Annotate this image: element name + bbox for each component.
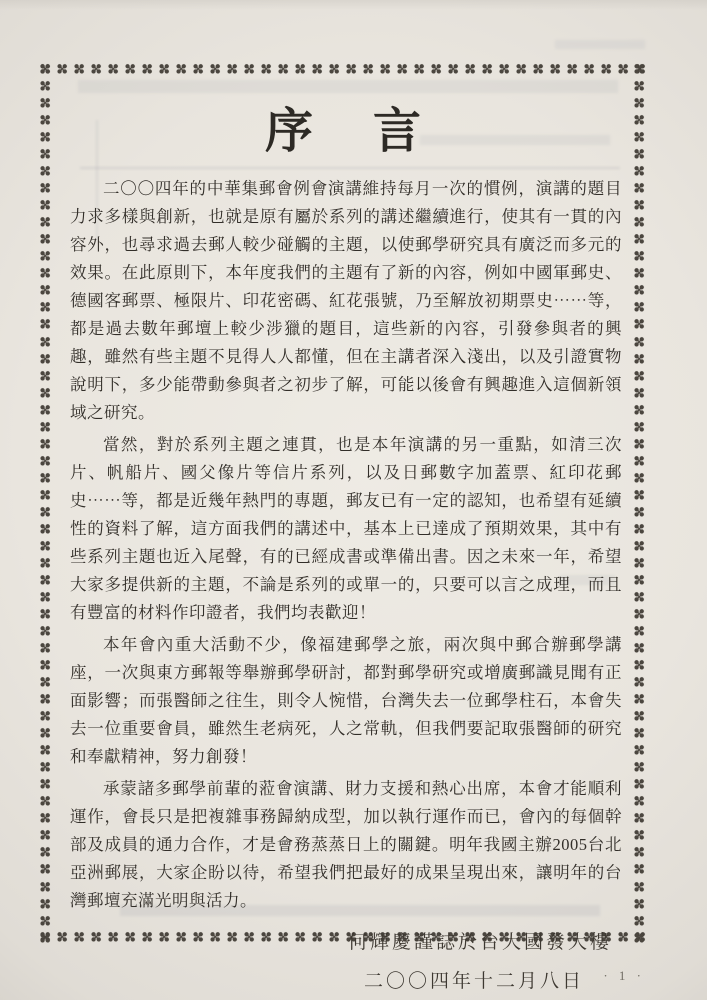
border-ornament-icon: ✤ (626, 398, 650, 422)
border-ornament-icon: ✤ (32, 568, 56, 592)
border-ornament-icon: ✤ (32, 75, 56, 99)
bleed-through-artifact (555, 40, 645, 49)
preface-body: 二〇〇四年的中華集郵會例會演講維持每月一次的慣例，演講的題目力求多樣與創新，也就… (70, 175, 622, 915)
border-ornament-icon: ✤ (32, 449, 56, 473)
border-ornament-icon: ✤ (626, 602, 650, 626)
border-ornament-icon: ✤ (32, 739, 56, 763)
border-ornament-icon: ✤ (32, 347, 56, 371)
border-ornament-icon: ✤ (626, 722, 650, 746)
border-ornament-icon: ✤ (626, 347, 650, 371)
border-ornament-icon: ✤ (32, 875, 56, 899)
signature-date: 二〇〇四年十二月八日 (70, 962, 622, 1000)
border-ornament-icon: ✤ (626, 483, 650, 507)
border-ornament-icon: ✤ (32, 330, 56, 354)
border-ornament-icon: ✤ (32, 194, 56, 218)
border-ornament-icon: ✤ (32, 57, 56, 81)
paragraph-3: 本年會內重大活動不少，像福建郵學之旅，兩次與中郵合辦郵學講座，一次與東方郵報等舉… (70, 631, 622, 771)
border-ornament-icon: ✤ (626, 534, 650, 558)
paragraph-2: 當然，對於系列主題之連貫，也是本年演講的另一重點，如清三次片、帆船片、國父像片等… (70, 431, 622, 627)
border-ornament-icon: ✤ (32, 824, 56, 848)
border-ornament-icon: ✤ (32, 415, 56, 439)
border-ornament-icon: ✤ (32, 177, 56, 201)
border-ornament-icon: ✤ (626, 415, 650, 439)
border-ornament-icon: ✤ (626, 466, 650, 490)
border-ornament-icon: ✤ (626, 313, 650, 337)
border-ornament-icon: ✤ (32, 602, 56, 626)
border-ornament-icon: ✤ (32, 756, 56, 780)
border-ornament-icon: ✤ (626, 620, 650, 644)
border-ornament-icon: ✤ (626, 92, 650, 116)
border-ornament-icon: ✤ (626, 773, 650, 797)
border-ornament-icon: ✤ (626, 177, 650, 201)
border-ornament-icon: ✤ (32, 534, 56, 558)
border-ornament-icon: ✤ (626, 551, 650, 575)
border-ornament-icon: ✤ (626, 211, 650, 235)
border-ornament-icon: ✤ (626, 500, 650, 524)
border-ornament-icon: ✤ (626, 858, 650, 882)
border-ornament-icon: ✤ (32, 790, 56, 814)
border-ornament-icon: ✤ (32, 92, 56, 116)
border-ornament-icon: ✤ (626, 841, 650, 865)
border-ornament-icon: ✤ (626, 432, 650, 456)
border-ornament-icon: ✤ (32, 925, 56, 949)
border-ornament-icon: ✤ (32, 722, 56, 746)
border-ornament-icon: ✤ (32, 160, 56, 184)
border-ornament-icon: ✤ (32, 245, 56, 269)
border-ornament-icon: ✤ (32, 381, 56, 405)
border-ornament-icon: ✤ (626, 637, 650, 661)
border-ornament-icon: ✤ (626, 790, 650, 814)
border-ornament-icon: ✤ (626, 517, 650, 541)
border-ornament-icon: ✤ (626, 892, 650, 916)
border-ornament-icon: ✤ (626, 57, 650, 81)
border-ornament-icon: ✤ (32, 551, 56, 575)
border-ornament-icon: ✤ (32, 228, 56, 252)
border-ornament-icon: ✤ (32, 517, 56, 541)
border-ornament-icon: ✤ (626, 705, 650, 729)
border-ornament-icon: ✤ (626, 160, 650, 184)
border-ornament-icon: ✤ (32, 279, 56, 303)
border-ornament-icon: ✤ (32, 57, 56, 81)
border-ornament-icon: ✤ (32, 688, 56, 712)
border-ornament-icon: ✤ (32, 671, 56, 695)
border-ornament-icon: ✤ (32, 364, 56, 388)
border-ornament-icon: ✤ (626, 245, 650, 269)
border-ornament-icon: ✤ (626, 568, 650, 592)
border-ornament-icon: ✤ (32, 262, 56, 286)
paragraph-4: 承蒙諸多郵學前輩的蒞會演講、財力支援和熱心出席，本會才能順利運作，會長只是把複雜… (70, 775, 622, 915)
border-ornament-icon: ✤ (32, 585, 56, 609)
border-ornament-icon: ✤ (32, 807, 56, 831)
border-ornament-icon: ✤ (626, 926, 650, 950)
border-ornament-icon: ✤ (32, 926, 56, 950)
border-ornament-icon: ✤ (626, 330, 650, 354)
border-ornament-icon: ✤ (626, 228, 650, 252)
border-ornament-icon: ✤ (626, 296, 650, 320)
border-ornament-icon: ✤ (32, 211, 56, 235)
border-left: ✤✤✤✤✤✤✤✤✤✤✤✤✤✤✤✤✤✤✤✤✤✤✤✤✤✤✤✤✤✤✤✤✤✤✤✤✤✤✤✤… (36, 61, 54, 947)
border-ornament-icon: ✤ (626, 807, 650, 831)
border-ornament-icon: ✤ (626, 739, 650, 763)
border-ornament-icon: ✤ (626, 449, 650, 473)
border-ornament-icon: ✤ (32, 143, 56, 167)
border-ornament-icon: ✤ (32, 637, 56, 661)
border-ornament-icon: ✤ (626, 194, 650, 218)
page-number: · 1 · (603, 968, 645, 984)
border-ornament-icon: ✤ (32, 500, 56, 524)
signature-block: 何輝慶謹誌於台大國發大樓 二〇〇四年十二月八日 (70, 923, 622, 1000)
border-ornament-icon: ✤ (32, 892, 56, 916)
signature-author: 何輝慶謹誌於台大國發大樓 (70, 923, 622, 962)
border-ornament-icon: ✤ (626, 585, 650, 609)
border-ornament-icon: ✤ (626, 262, 650, 286)
border-right: ✤✤✤✤✤✤✤✤✤✤✤✤✤✤✤✤✤✤✤✤✤✤✤✤✤✤✤✤✤✤✤✤✤✤✤✤✤✤✤✤… (630, 61, 648, 947)
border-ornament-icon: ✤ (626, 279, 650, 303)
page-content: 序 言 二〇〇四年的中華集郵會例會演講維持每月一次的慣例，演講的題目力求多樣與創… (70, 62, 622, 1000)
border-ornament-icon: ✤ (626, 109, 650, 133)
border-ornament-icon: ✤ (626, 756, 650, 780)
paragraph-1: 二〇〇四年的中華集郵會例會演講維持每月一次的慣例，演講的題目力求多樣與創新，也就… (70, 175, 622, 427)
border-ornament-icon: ✤ (626, 875, 650, 899)
border-ornament-icon: ✤ (626, 143, 650, 167)
border-ornament-icon: ✤ (32, 773, 56, 797)
border-ornament-icon: ✤ (32, 654, 56, 678)
border-ornament-icon: ✤ (627, 57, 651, 81)
border-ornament-icon: ✤ (32, 398, 56, 422)
border-ornament-icon: ✤ (626, 654, 650, 678)
border-ornament-icon: ✤ (626, 364, 650, 388)
border-ornament-icon: ✤ (626, 126, 650, 150)
scanned-page: ✤✤✤✤✤✤✤✤✤✤✤✤✤✤✤✤✤✤✤✤✤✤✤✤✤✤✤✤✤✤✤✤✤✤✤✤ ✤✤✤… (0, 0, 707, 1000)
page-title: 序 言 (70, 92, 622, 161)
border-ornament-icon: ✤ (32, 432, 56, 456)
border-ornament-icon: ✤ (626, 381, 650, 405)
border-ornament-icon: ✤ (32, 909, 56, 933)
border-ornament-icon: ✤ (32, 705, 56, 729)
border-ornament-icon: ✤ (626, 824, 650, 848)
border-ornament-icon: ✤ (32, 858, 56, 882)
border-ornament-icon: ✤ (32, 109, 56, 133)
border-ornament-icon: ✤ (32, 313, 56, 337)
border-ornament-icon: ✤ (627, 925, 651, 949)
border-ornament-icon: ✤ (32, 483, 56, 507)
border-ornament-icon: ✤ (626, 688, 650, 712)
border-ornament-icon: ✤ (32, 296, 56, 320)
border-ornament-icon: ✤ (626, 671, 650, 695)
border-ornament-icon: ✤ (32, 466, 56, 490)
border-ornament-icon: ✤ (626, 909, 650, 933)
border-ornament-icon: ✤ (32, 620, 56, 644)
border-ornament-icon: ✤ (626, 75, 650, 99)
border-ornament-icon: ✤ (32, 126, 56, 150)
border-ornament-icon: ✤ (32, 841, 56, 865)
